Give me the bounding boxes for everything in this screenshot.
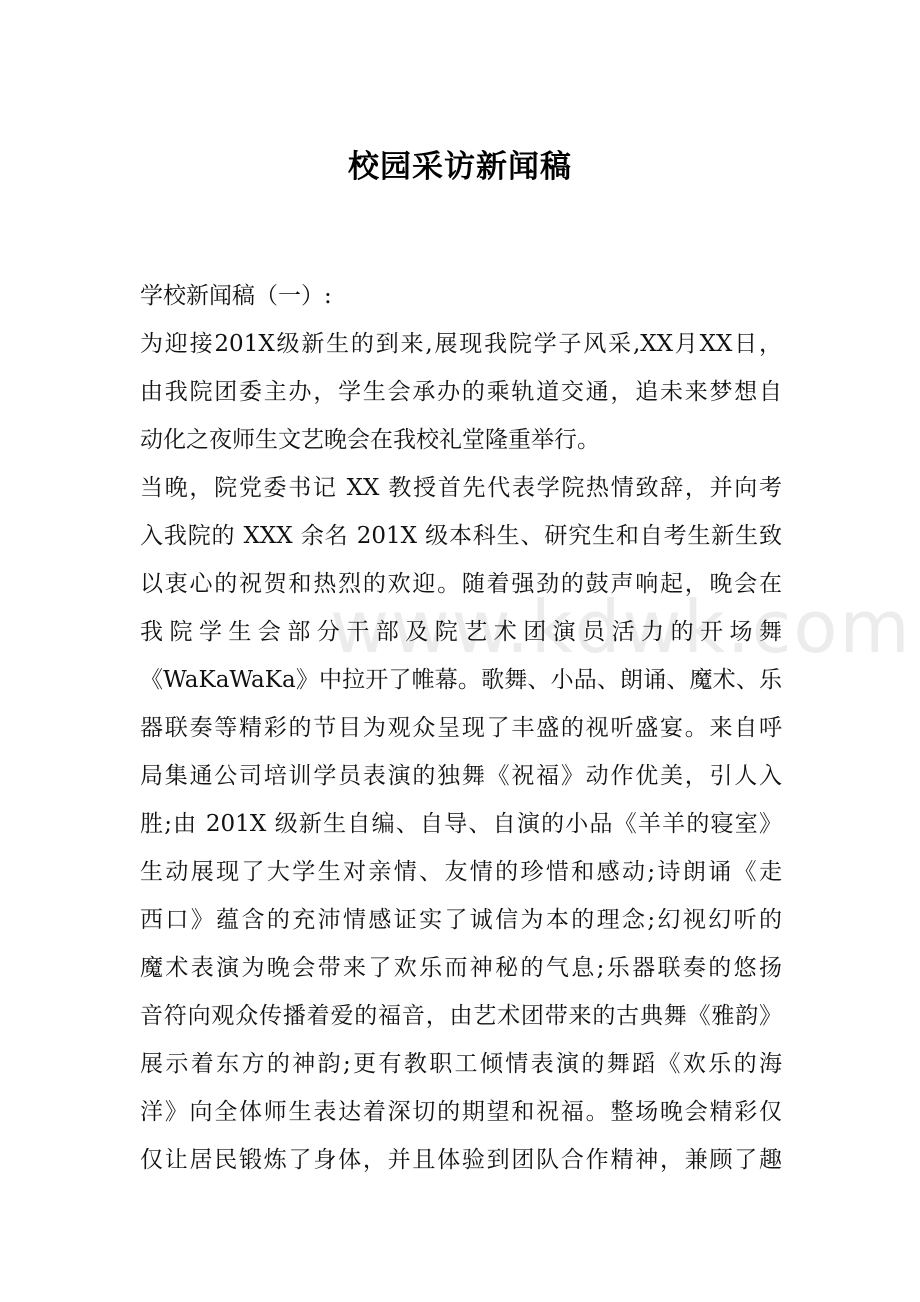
text-line: 魔术表演为晚会带来了欢乐而神秘的气息;乐器联奏的悠扬: [140, 944, 782, 992]
text-line: 洋》向全体师生表达着深切的期望和祝福。整场晚会精彩仅: [140, 1088, 782, 1136]
text-line: 我院学生会部分干部及院艺术团演员活力的开场舞: [140, 608, 782, 656]
text-line: 由我院团委主办，学生会承办的乘轨道交通，追未来梦想自: [140, 368, 782, 416]
text-line: 入我院的 XXX 余名 201X 级本科生、研究生和自考生新生致: [140, 512, 782, 560]
text-line: 仅让居民锻炼了身体，并且体验到团队合作精神，兼顾了趣: [140, 1136, 782, 1184]
text-line: 当晚，院党委书记 XX 教授首先代表学院热情致辞，并向考: [140, 464, 782, 512]
text-line: 《WaKaWaKa》中拉开了帷幕。歌舞、小品、朗诵、魔术、乐: [140, 656, 782, 704]
text-line: 为迎接201X级新生的到来,展现我院学子风采,XX月XX日，: [140, 320, 782, 368]
text-line: 音符向观众传播着爱的福音，由艺术团带来的古典舞《雅韵》: [140, 992, 782, 1040]
text-line: 器联奏等精彩的节目为观众呈现了丰盛的视听盛宴。来自呼: [140, 704, 782, 752]
section-heading: 学校新闻稿（一）:: [140, 272, 782, 320]
document-title: 校园采访新闻稿: [0, 143, 920, 191]
document-body: 学校新闻稿（一）: 为迎接201X级新生的到来,展现我院学子风采,XX月XX日，…: [140, 272, 782, 1184]
text-line: 展示着东方的神韵;更有教职工倾情表演的舞蹈《欢乐的海: [140, 1040, 782, 1088]
text-line: 胜;由 201X 级新生自编、自导、自演的小品《羊羊的寝室》: [140, 800, 782, 848]
text-line: 动化之夜师生文艺晚会在我校礼堂隆重举行。: [140, 416, 782, 464]
text-line: 以衷心的祝贺和热烈的欢迎。随着强劲的鼓声响起，晚会在: [140, 560, 782, 608]
text-line: 局集通公司培训学员表演的独舞《祝福》动作优美，引人入: [140, 752, 782, 800]
text-line: 生动展现了大学生对亲情、友情的珍惜和感动;诗朗诵《走: [140, 848, 782, 896]
text-line: 西口》蕴含的充沛情感证实了诚信为本的理念;幻视幻听的: [140, 896, 782, 944]
document-page: www.kdwk.com 校园采访新闻稿 学校新闻稿（一）: 为迎接201X级新…: [0, 0, 920, 1302]
